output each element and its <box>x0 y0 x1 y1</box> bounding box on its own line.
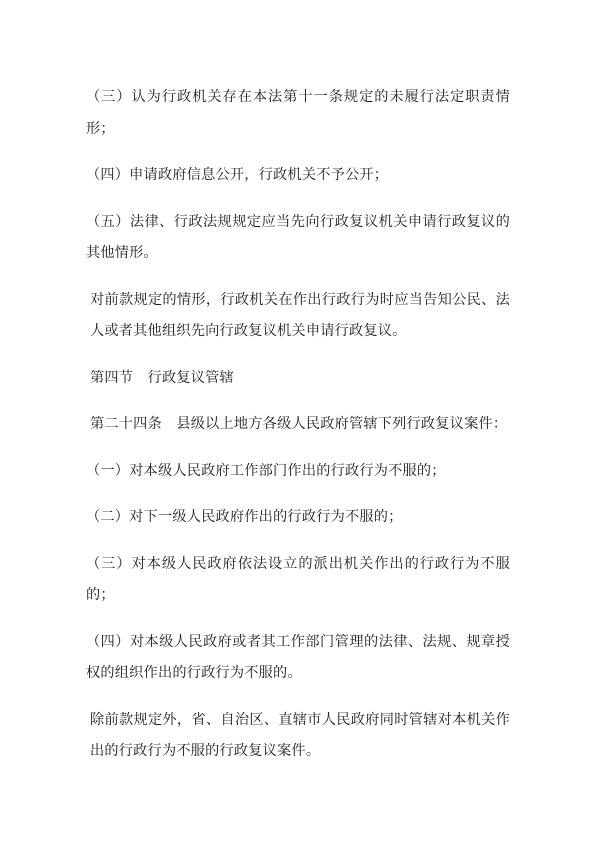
body-paragraph: 对前款规定的情形，行政机关在作出行政行为时应当告知公民、法人或者其他组织先向行政… <box>90 285 510 348</box>
clause-item: （一）对本级人民政府工作部门作出的行政行为不服的； <box>86 456 510 488</box>
document-page: （三）认为行政机关存在本法第十一条规定的未履行法定职责情形； （四）申请政府信息… <box>90 82 510 783</box>
body-paragraph: 除前款规定外，省、自治区、直辖市人民政府同时管辖对本机关作出的行政行为不服的行政… <box>90 705 510 768</box>
article-paragraph: 第二十四条 县级以上地方各级人民政府管辖下列行政复议案件： <box>90 409 510 441</box>
clause-item: （四）对本级人民政府或者其工作部门管理的法律、法规、规章授权的组织作出的行政行为… <box>86 627 510 690</box>
section-heading: 第四节 行政复议管辖 <box>90 363 510 395</box>
clause-item: （三）认为行政机关存在本法第十一条规定的未履行法定职责情形； <box>86 82 510 145</box>
clause-item: （三）对本级人民政府依法设立的派出机关作出的行政行为不服的； <box>86 549 510 612</box>
clause-item: （五）法律、行政法规规定应当先向行政复议机关申请行政复议的其他情形。 <box>86 207 510 270</box>
clause-item: （二）对下一级人民政府作出的行政行为不服的； <box>86 502 510 534</box>
clause-item: （四）申请政府信息公开，行政机关不予公开； <box>86 160 510 192</box>
